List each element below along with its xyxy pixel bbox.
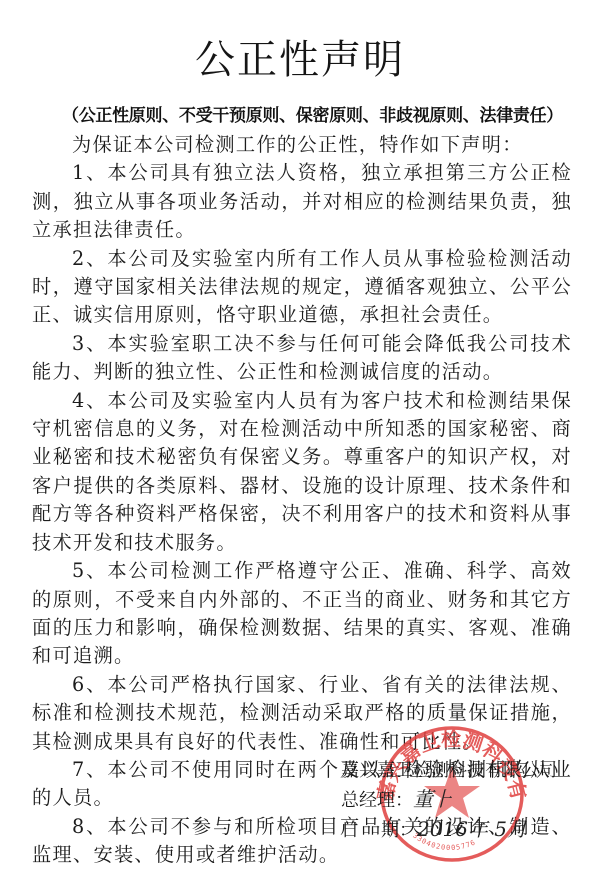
clause-6: 6、本公司严格执行国家、行业、省有关的法律法规、标准和检测技术规范，检测活动采取… [32,671,572,756]
date-label-day: 日 [341,817,381,845]
manager-label: 总经理： [341,787,413,815]
clause-4: 4、本公司及实验室内人员有为客户技术和检测结果保守机密信息的义务，对在检测活动中… [32,387,572,557]
manager-row: 总经理：董⺊ [341,785,557,815]
company-name: 嘉兴嘉卫检测科技有限公司 [341,757,557,785]
clause-3: 3、本实验室职工决不参与任何可能会降低我公司技术能力、判断的独立性、公正性和检测… [32,330,572,387]
date-value: 2016年 5月 [417,817,527,841]
date-row: 日期：2016年 5月 [341,815,557,845]
clause-1: 1、本公司具有独立法人资格，独立承担第三方公正检测，独立从事各项业务活动，并对相… [32,159,572,244]
document-subtitle: （公正性原则、不受干预原则、保密原则、非歧视原则、法律责任） [62,104,563,128]
document-title: 公正性声明 [0,35,600,85]
signature-block: 嘉兴嘉卫检测科技有限公司 总经理：董⺊ 日期：2016年 5月 [341,757,557,845]
date-label-period: 期： [381,817,417,845]
intro-paragraph: 为保证本公司检测工作的公正性，特作如下声明： [32,131,572,159]
manager-signature: 董⺊ [413,787,453,811]
clause-2: 2、本公司及实验室内所有工作人员从事检验检测活动时，遵守国家相关法律法规的规定，… [32,245,572,330]
clause-5: 5、本公司检测工作严格遵守公正、准确、科学、高效的原则，不受来自内外部的、不正当… [32,557,572,671]
